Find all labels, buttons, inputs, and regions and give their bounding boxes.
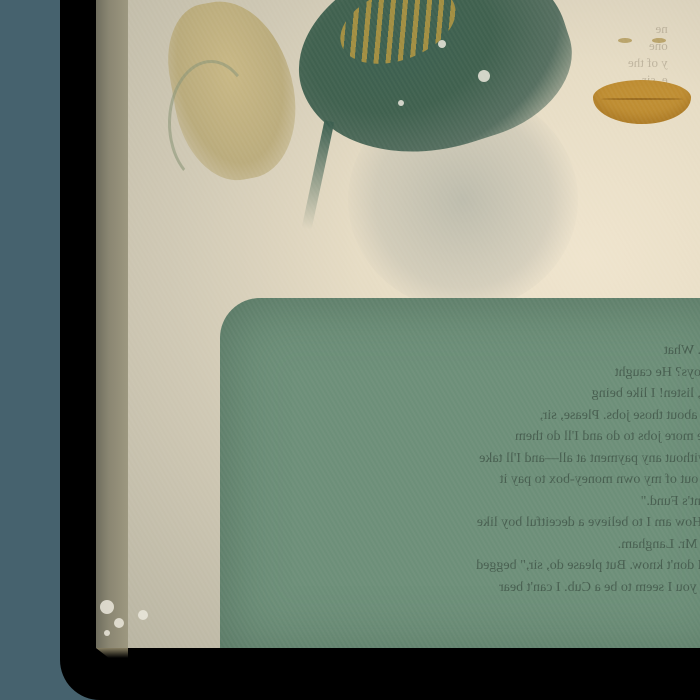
eyes <box>618 38 668 48</box>
paint-splatter <box>438 40 446 48</box>
text-line: e out of my own money-box to pay it <box>308 469 700 491</box>
paint-splatter <box>100 600 114 614</box>
text-line: d. What <box>308 340 700 362</box>
face-text-line: ne <box>628 20 668 37</box>
text-line: without any payment at all—and I'll take <box>308 448 700 470</box>
text-line: y about those jobs. Please, sir, <box>308 405 700 427</box>
text-line: re more jobs to do and I'll do them <box>308 426 700 448</box>
paint-splatter <box>398 100 404 106</box>
canvas-artwork: ne one y of the e, sir rtn d. What boys?… <box>128 0 700 648</box>
paint-splatter <box>138 610 148 620</box>
text-line: d Mr. Langham. <box>308 534 700 556</box>
text-line: ll you I seem to be a Cub. I can't bear <box>308 577 700 599</box>
face-text-line: y of the <box>628 54 668 71</box>
mirrored-book-text: d. What boys? He caught x, listen! I lik… <box>308 340 700 598</box>
text-line: unt's Fund." <box>308 491 700 513</box>
bird-tail <box>302 120 335 230</box>
text-line: boys? He caught <box>308 362 700 384</box>
text-line: "How am I to believe a deceitful boy lik… <box>308 512 700 534</box>
vine-illustration <box>168 60 254 186</box>
text-line: x, listen! I like being <box>308 383 700 405</box>
text-line: "I don't know. But please do, sir," begg… <box>308 555 700 577</box>
paint-splatter <box>104 630 110 636</box>
paint-splatter <box>478 70 490 82</box>
left-eye <box>618 38 632 43</box>
gold-lips <box>593 80 691 124</box>
right-eye <box>652 38 666 43</box>
canvas-side-edge <box>96 0 128 648</box>
paint-splatter <box>114 618 124 628</box>
